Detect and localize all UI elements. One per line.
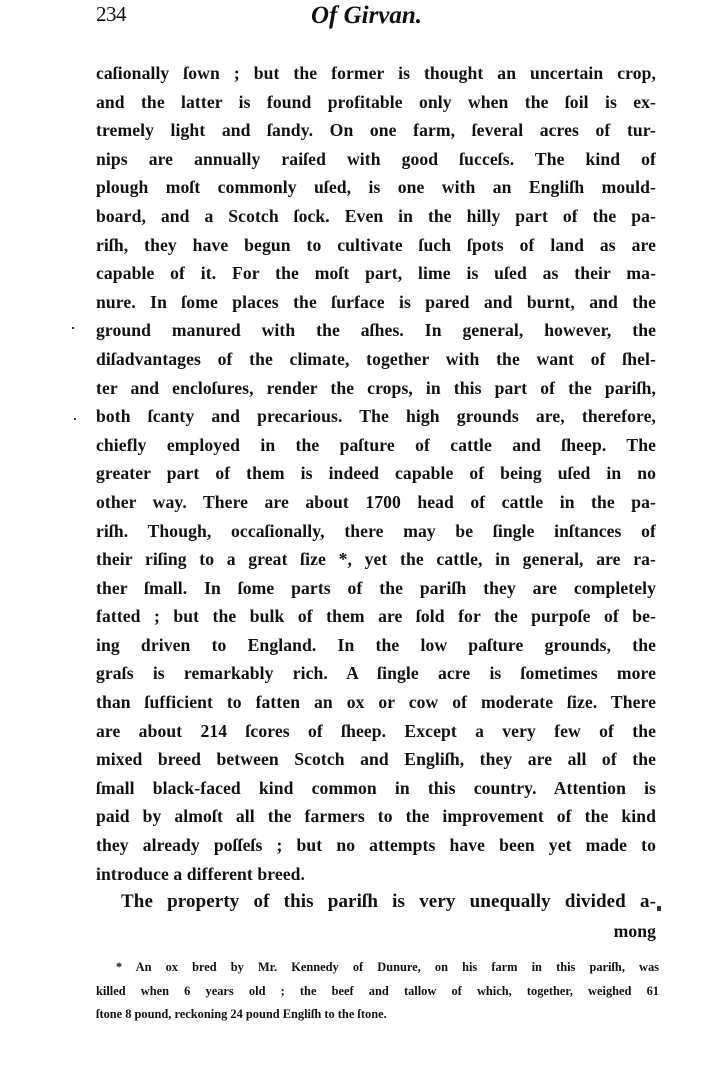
text-line: mixed breed between Scotch and Engliſh, … — [96, 745, 656, 774]
catchword: mong — [96, 917, 656, 946]
text-line: than ſufficient to fatten an ox or cow o… — [96, 688, 656, 717]
text-line: their riſing to a great ſize *, yet the … — [96, 545, 656, 574]
text-line: paid by almoſt all the farmers to the im… — [96, 802, 656, 831]
text-line: nure. In ſome places the ſurface is pare… — [96, 288, 656, 317]
text-line: plough moſt commonly uſed, is one with a… — [96, 173, 656, 202]
text-line: ſmall black-faced kind common in this co… — [96, 774, 656, 803]
text-line-paragraph-end: introduce a different breed. — [96, 860, 656, 889]
text-line: nips are annually raiſed with good ſucce… — [96, 145, 656, 174]
text-line: ground manured with the aſhes. In genera… — [96, 316, 656, 345]
text-line: fatted ; but the bulk of them are ſold f… — [96, 602, 656, 631]
text-line: ther ſmall. In ſome parts of the pariſh … — [96, 574, 656, 603]
footnote-line: ſtone 8 pound, reckoning 24 pound Engliſ… — [96, 1003, 659, 1027]
text-line: board, and a Scotch ſock. Even in the hi… — [96, 202, 656, 231]
text-line: capable of it. For the moſt part, lime i… — [96, 259, 656, 288]
main-text-block: caſionally ſown ; but the former is thou… — [96, 59, 656, 945]
text-line: they already poſſeſs ; but no attempts h… — [96, 831, 656, 860]
text-line: and the latter is found profitable only … — [96, 88, 656, 117]
text-line: riſh. Though, occaſionally, there may be… — [96, 517, 656, 546]
footnote-line: * An ox bred by Mr. Kennedy of Dunure, o… — [96, 956, 659, 980]
scan-speck — [74, 418, 76, 420]
text-line: are about 214 ſcores of ſheep. Except a … — [96, 717, 656, 746]
text-line: other way. There are about 1700 head of … — [96, 488, 656, 517]
paragraph-start-line: The property of this pariſh is very uneq… — [96, 888, 656, 917]
text-line: chiefly employed in the paſture of cattl… — [96, 431, 656, 460]
text-line: graſs is remarkably rich. A ſingle acre … — [96, 659, 656, 688]
text-line: ing driven to England. In the low paſtur… — [96, 631, 656, 660]
running-title: Of Girvan. — [0, 2, 723, 30]
scan-speck — [657, 906, 661, 911]
footnote: * An ox bred by Mr. Kennedy of Dunure, o… — [96, 956, 659, 1027]
text-line: caſionally ſown ; but the former is thou… — [96, 59, 656, 88]
text-line: tremely light and ſandy. On one farm, ſe… — [96, 116, 656, 145]
text-line: greater part of them is indeed capable o… — [96, 459, 656, 488]
text-line: diſadvantages of the climate, together w… — [96, 345, 656, 374]
scan-speck — [72, 327, 74, 329]
footnote-line: killed when 6 years old ; the beef and t… — [96, 980, 659, 1004]
text-line: ter and encloſures, render the crops, in… — [96, 374, 656, 403]
text-line: riſh, they have begun to cultivate ſuch … — [96, 231, 656, 260]
text-line: both ſcanty and precarious. The high gro… — [96, 402, 656, 431]
